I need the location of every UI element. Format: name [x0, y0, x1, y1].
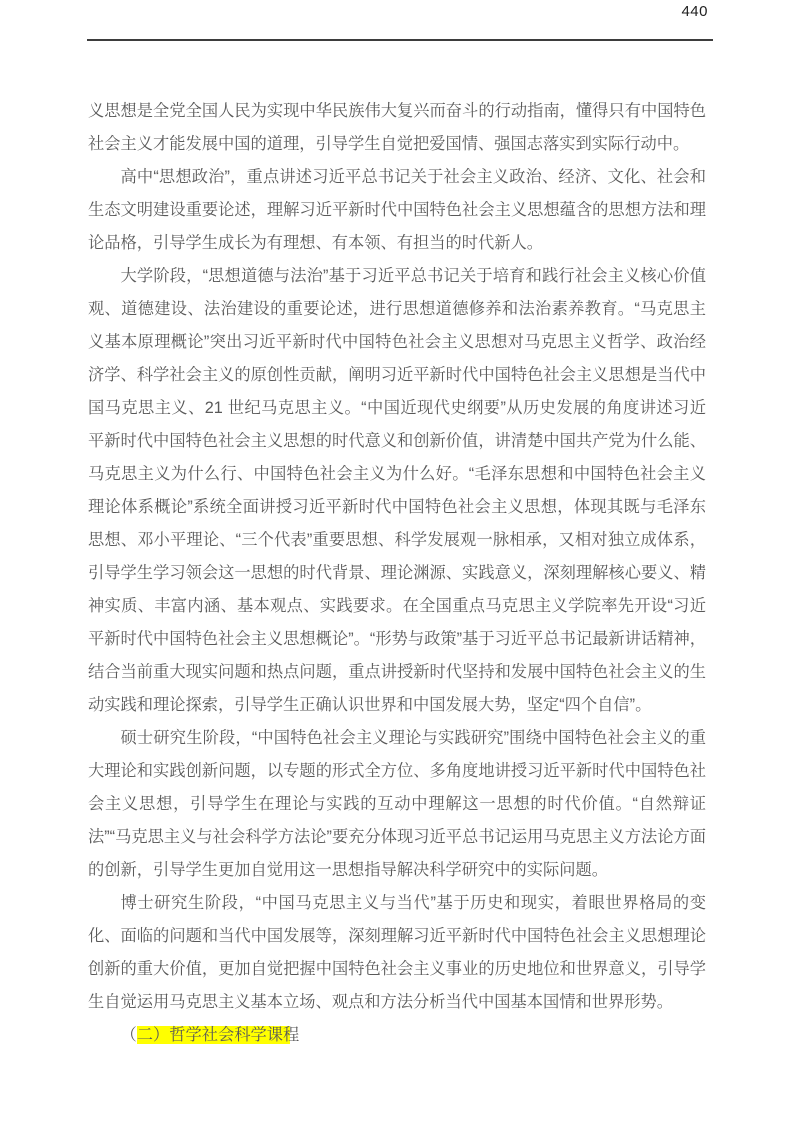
header-rule [87, 39, 713, 41]
page-number: 440 [681, 2, 708, 22]
paragraph-boshi: 博士研究生阶段，“中国马克思主义与当代”基于历史和现实，着眼世界格局的变化、面临… [88, 887, 706, 1019]
paragraph-daxue: 大学阶段，“思想道德与法治”基于习近平总书记关于培育和践行社会主义核心价值观、道… [88, 260, 706, 722]
document-page: 440 义思想是全党全国人民为实现中华民族伟大复兴而奋斗的行动指南，懂得只有中国… [0, 0, 793, 1122]
paragraph-gaozhong: 高中“思想政治”，重点讲述习近平总书记关于社会主义政治、经济、文化、社会和生态文… [88, 161, 706, 260]
heading-suffix: 程 [283, 1026, 299, 1044]
paragraph-continuation: 义思想是全党全国人民为实现中华民族伟大复兴而奋斗的行动指南，懂得只有中国特色社会… [88, 95, 706, 161]
document-body: 义思想是全党全国人民为实现中华民族伟大复兴而奋斗的行动指南，懂得只有中国特色社会… [88, 95, 706, 1052]
heading-prefix: （ [121, 1026, 137, 1044]
paragraph-shuoshi: 硕士研究生阶段，“中国特色社会主义理论与实践研究”围绕中国特色社会主义的重大理论… [88, 722, 706, 887]
section-heading: （二）哲学社会科学课程 [88, 1019, 706, 1052]
heading-highlighted-text: 二）哲学社会科学课 [137, 1026, 283, 1044]
